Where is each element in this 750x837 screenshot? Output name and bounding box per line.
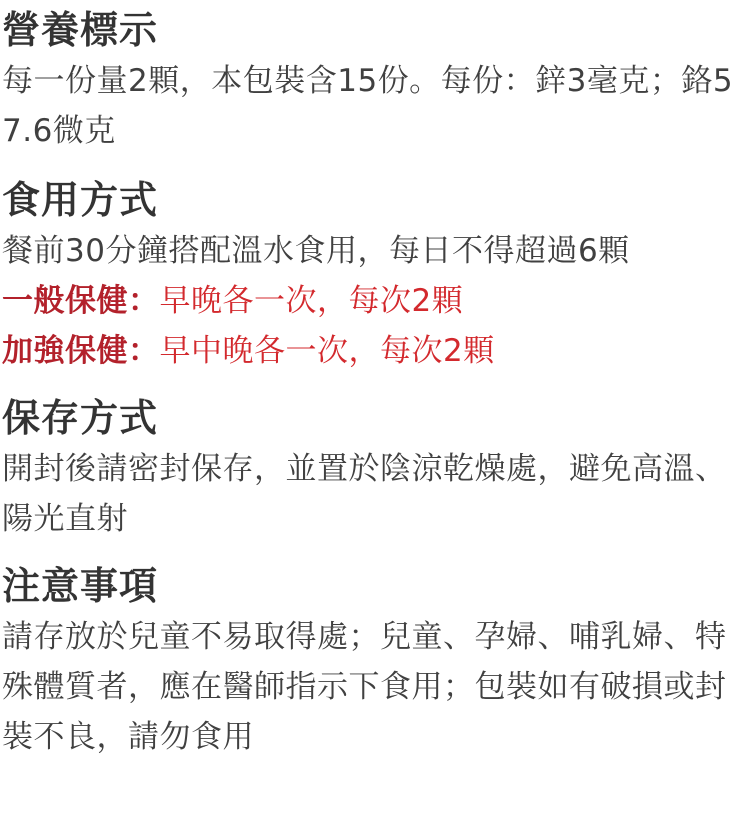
dose-enhanced-label: 加強保健：: [2, 333, 160, 369]
nutrition-title: 營養標示: [2, 0, 750, 56]
product-info-page: 營養標示 每一份量2顆，本包裝含15份。每份：鋅3毫克；鉻57.6微克 食用方式…: [0, 0, 750, 762]
usage-text: 餐前30分鐘搭配溫水食用，每日不得超過6顆: [2, 226, 750, 276]
dose-enhanced-value: 早中晚各一次，每次2顆: [160, 333, 495, 369]
usage-section: 食用方式 餐前30分鐘搭配溫水食用，每日不得超過6顆 一般保健：早晚各一次，每次…: [2, 168, 750, 376]
dose-general-value: 早晚各一次，每次2顆: [160, 283, 464, 319]
notes-section: 注意事項 請存放於兒童不易取得處；兒童、孕婦、哺乳婦、特殊體質者，應在醫師指示下…: [2, 554, 750, 762]
notes-text: 請存放於兒童不易取得處；兒童、孕婦、哺乳婦、特殊體質者，應在醫師指示下食用；包裝…: [2, 612, 750, 762]
storage-text: 開封後請密封保存，並置於陰涼乾燥處，避免高溫、陽光直射: [2, 444, 750, 544]
nutrition-text: 每一份量2顆，本包裝含15份。每份：鋅3毫克；鉻57.6微克: [2, 56, 750, 156]
notes-title: 注意事項: [2, 554, 750, 612]
nutrition-section: 營養標示 每一份量2顆，本包裝含15份。每份：鋅3毫克；鉻57.6微克: [2, 0, 750, 156]
dose-general: 一般保健：早晚各一次，每次2顆: [2, 276, 750, 326]
storage-section: 保存方式 開封後請密封保存，並置於陰涼乾燥處，避免高溫、陽光直射: [2, 386, 750, 544]
storage-title: 保存方式: [2, 386, 750, 444]
dose-general-label: 一般保健：: [2, 283, 160, 319]
dose-enhanced: 加強保健：早中晚各一次，每次2顆: [2, 326, 750, 376]
usage-title: 食用方式: [2, 168, 750, 226]
